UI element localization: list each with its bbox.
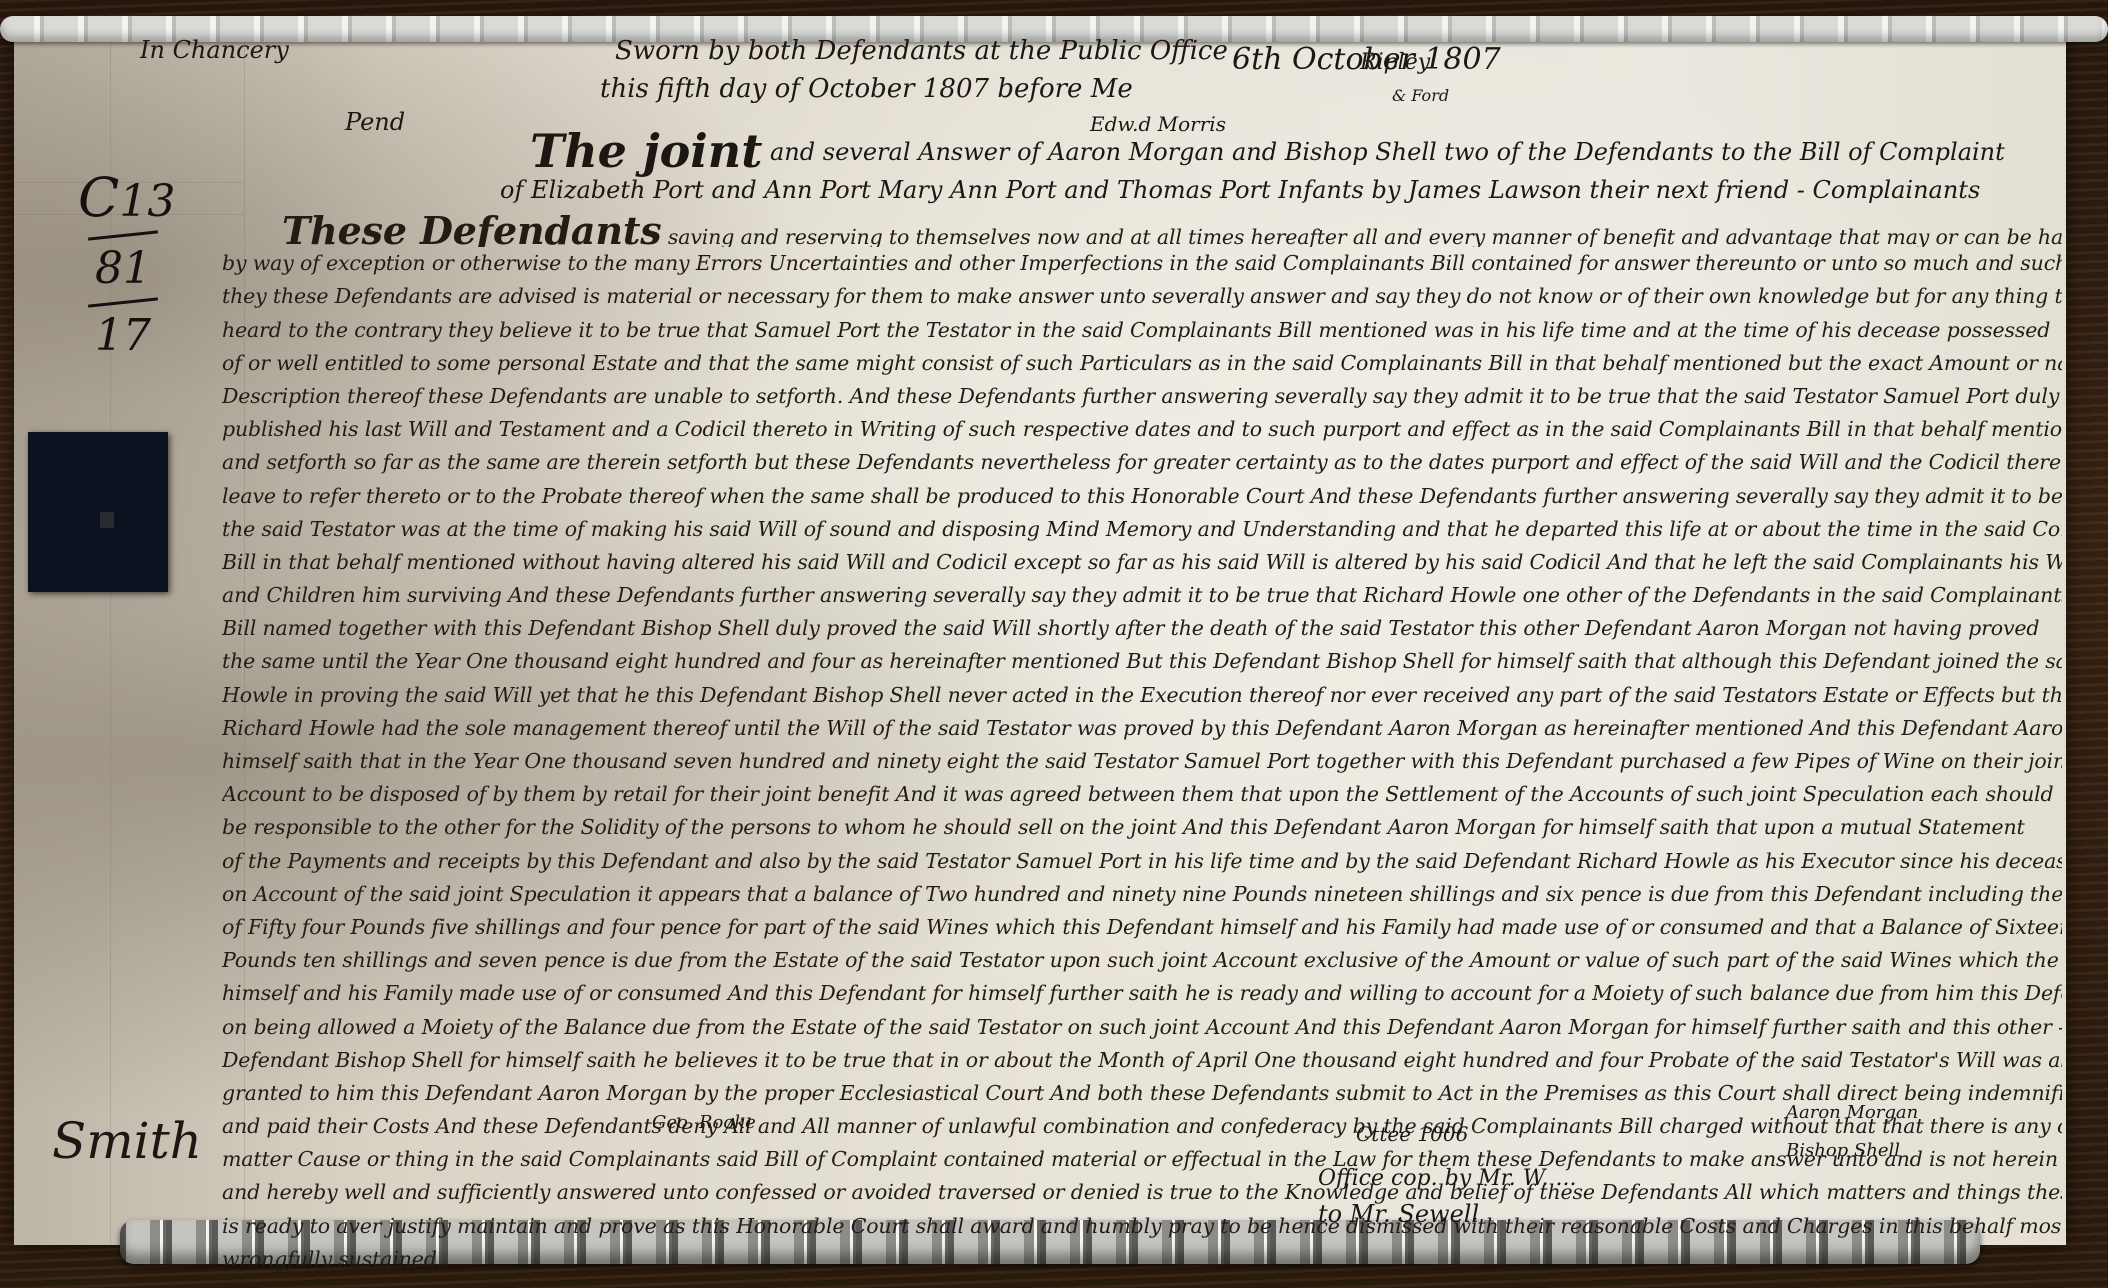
body-line: himself and his Family made use of or co… — [222, 977, 2062, 1010]
endorsement-line-3: to Mr. Sewell — [1318, 1200, 1479, 1228]
answer-title-lead: The joint — [530, 124, 762, 178]
body-line: and hereby well and sufficiently answere… — [222, 1176, 2062, 1209]
court-heading: In Chancery — [140, 36, 289, 64]
marginal-note: Pend — [345, 108, 405, 136]
body-line: These Defendants saving and reserving to… — [222, 214, 2062, 247]
defendant-signature-morgan: Aaron Morgan — [1786, 1102, 1918, 1123]
body-line: on Account of the said joint Speculation… — [222, 878, 2062, 911]
body-line: Pounds ten shillings and seven pence is … — [222, 944, 2062, 977]
body-line: of Fifty four Pounds five shillings and … — [222, 911, 2062, 944]
body-line: heard to the contrary they believe it to… — [222, 314, 2062, 347]
ref-part-1: 13 — [119, 176, 175, 227]
endorsement-line-1: Cttee 1006 — [1356, 1122, 1468, 1146]
body-line: by way of exception or otherwise to the … — [222, 247, 2062, 280]
body-line: Account to be disposed of by them by ret… — [222, 778, 2062, 811]
body-line: the same until the Year One thousand eig… — [222, 645, 2062, 678]
jurat-commissioner: Edw.d Morris — [1090, 112, 1226, 136]
body-lead: These Defendants — [282, 214, 662, 247]
ref-part-3: 17 — [78, 308, 168, 364]
body-line: be responsible to the other for the Soli… — [222, 811, 2062, 844]
body-line: Richard Howle had the sole management th… — [222, 712, 2062, 745]
body-line: leave to refer thereto or to the Probate… — [222, 480, 2062, 513]
body-line: Howle in proving the said Will yet that … — [222, 679, 2062, 712]
margin-signature-smith: Smith — [52, 1112, 202, 1170]
body-line: Bill in that behalf mentioned without ha… — [222, 546, 2062, 579]
body-line: is ready to aver justify maintain and pr… — [222, 1210, 2062, 1243]
counsel-signature: Geo. Rooke — [652, 1112, 756, 1133]
answer-title-line-1: and several Answer of Aaron Morgan and B… — [770, 138, 2005, 166]
ref-part-2: 81 — [78, 241, 168, 297]
filing-clerk: Ripley — [1360, 50, 1430, 75]
body-line: himself saith that in the Year One thous… — [222, 745, 2062, 778]
jurat-line-1: Sworn by both Defendants at the Public O… — [615, 36, 1228, 66]
defendant-signature-shell: Bishop Shell — [1786, 1140, 1900, 1161]
body-line: of or well entitled to some personal Est… — [222, 347, 2062, 380]
ref-divider — [88, 230, 158, 240]
jurat-line-2: this fifth day of October 1807 before Me — [600, 74, 1133, 104]
body-line: Bill named together with this Defendant … — [222, 612, 2062, 645]
endorsement-line-2: Office cop. by Mr. W. ... — [1318, 1166, 1576, 1191]
ref-prefix: C — [78, 166, 119, 229]
body-line: Defendant Bishop Shell for himself saith… — [222, 1044, 2062, 1077]
body-line: wrongfully sustained. — [222, 1243, 2062, 1276]
archive-reference-number: C13 81 17 — [78, 170, 168, 364]
tab-mark — [100, 512, 114, 528]
body-line: and setforth so far as the same are ther… — [222, 446, 2062, 479]
body-line: they these Defendants are advised is mat… — [222, 280, 2062, 313]
answer-title-line-2: of Elizabeth Port and Ann Port Mary Ann … — [500, 176, 1980, 204]
body-line: the said Testator was at the time of mak… — [222, 513, 2062, 546]
body-line: of the Payments and receipts by this Def… — [222, 845, 2062, 878]
filing-clerk-note: & Ford — [1392, 86, 1449, 105]
body-line: and Children him surviving And these Def… — [222, 579, 2062, 612]
dark-archival-tab — [28, 432, 168, 592]
body-line: on being allowed a Moiety of the Balance… — [222, 1011, 2062, 1044]
ref-divider — [88, 297, 158, 307]
body-line: Description thereof these Defendants are… — [222, 380, 2062, 413]
body-line: published his last Will and Testament an… — [222, 413, 2062, 446]
